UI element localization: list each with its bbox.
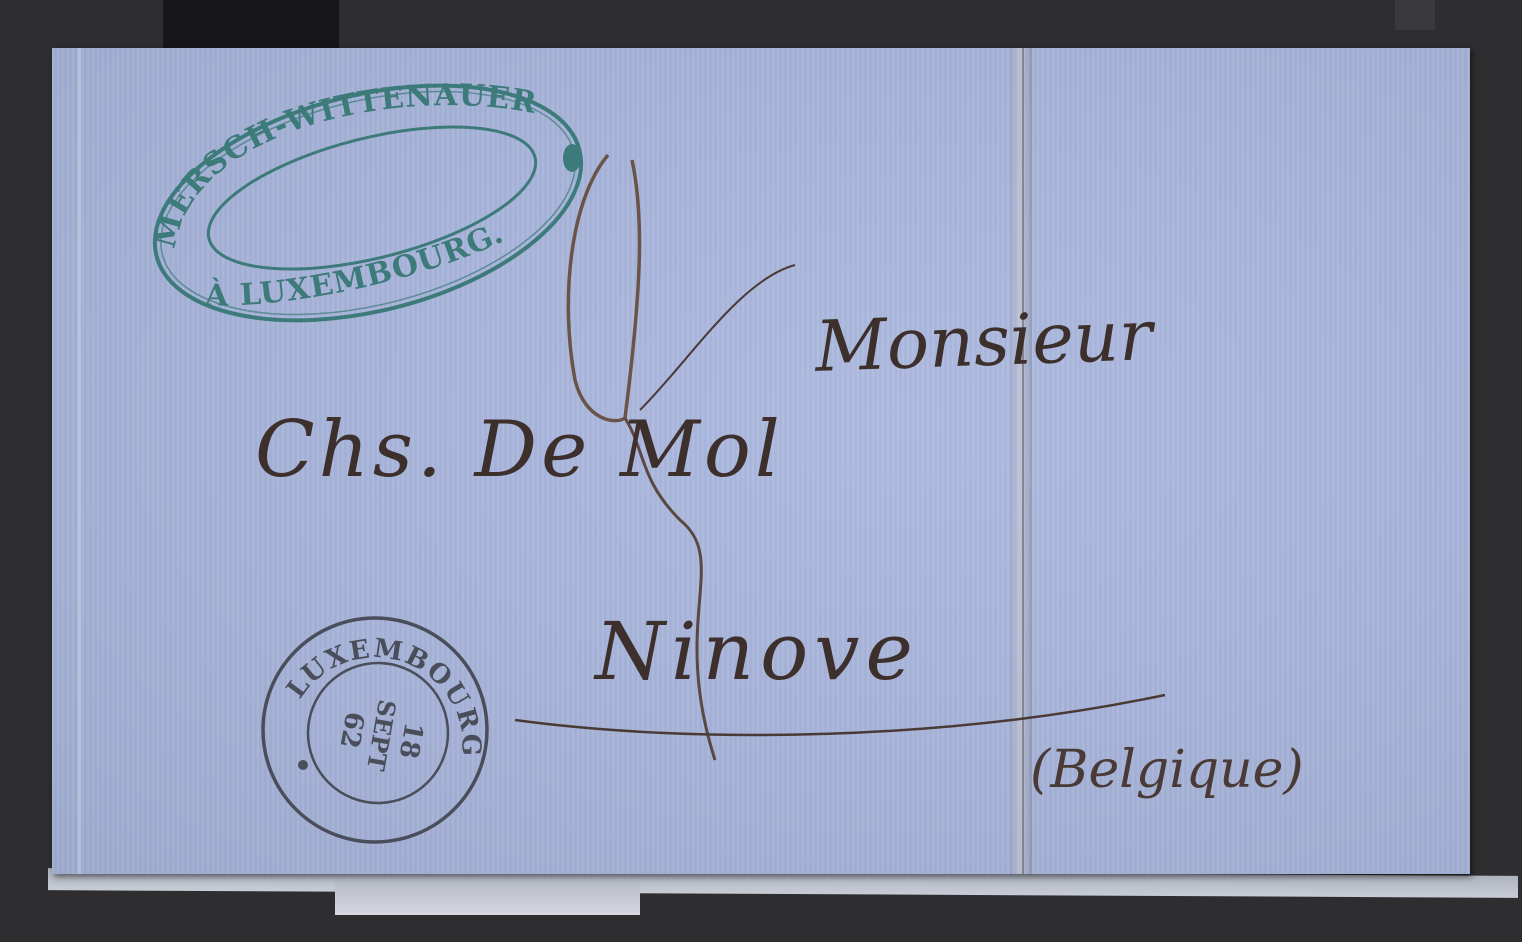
ornament-leaf-icon	[563, 144, 581, 172]
address-underline	[515, 695, 1165, 735]
postmark-month: SEPT	[361, 698, 402, 774]
address-country: (Belgique)	[1030, 740, 1304, 800]
postmark-year: 62	[334, 710, 370, 751]
oval-cachet: MERSCH-WITTENAUER À LUXEMBOURG.	[130, 45, 605, 360]
circular-date-stamp: LUXEMBOURG 18 SEPT 62	[263, 618, 487, 842]
postmark-dot-icon	[298, 760, 308, 770]
address-name: Chs. De Mol	[255, 405, 784, 495]
address-city: Ninove	[595, 605, 919, 698]
check-flourish	[640, 265, 795, 410]
address-salutation: Monsieur	[814, 294, 1154, 388]
rate-marking-4-stroke	[568, 155, 639, 421]
